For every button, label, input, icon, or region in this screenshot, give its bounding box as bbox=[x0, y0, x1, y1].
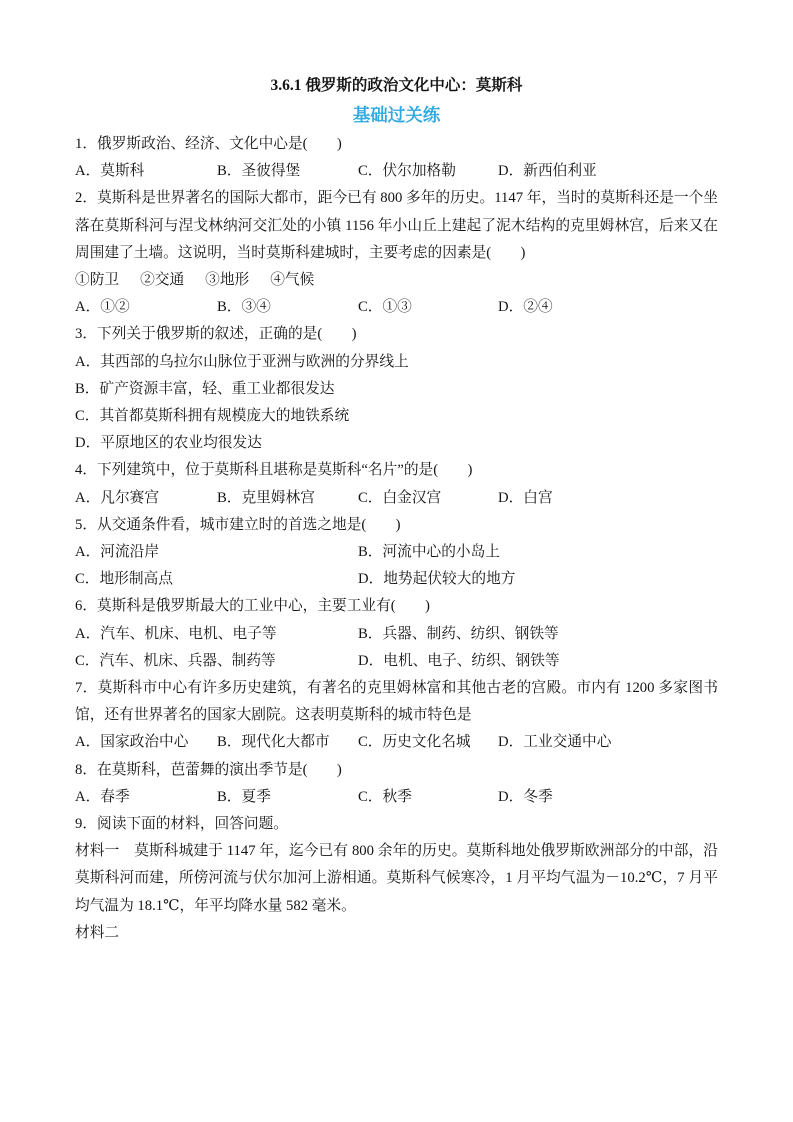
question-5-text: 5．从交通条件看，城市建立时的首选之地是( ) bbox=[75, 512, 718, 539]
question-6-options-row-1: A．汽车、机床、电机、电子等 B．兵器、制药、纺织、钢铁等 bbox=[75, 621, 718, 648]
question-8-option-d: D．冬季 bbox=[498, 784, 718, 811]
question-4-option-a: A．凡尔赛宫 bbox=[75, 485, 217, 512]
section-header: 基础过关练 bbox=[75, 100, 718, 131]
question-2-option-b: B．③④ bbox=[217, 294, 358, 321]
question-8-text: 8．在莫斯科，芭蕾舞的演出季节是( ) bbox=[75, 757, 718, 784]
question-7-option-a: A．国家政治中心 bbox=[75, 729, 217, 756]
question-7-option-c: C．历史文化名城 bbox=[358, 729, 498, 756]
question-1-option-d: D．新西伯利亚 bbox=[498, 158, 718, 185]
question-8-options: A．春季 B．夏季 C．秋季 D．冬季 bbox=[75, 784, 718, 811]
question-4-options: A．凡尔赛宫 B．克里姆林宫 C．白金汉宫 D．白宫 bbox=[75, 485, 718, 512]
question-3-option-d: D．平原地区的农业均很发达 bbox=[75, 430, 718, 457]
question-5-options-row-1: A．河流沿岸 B．河流中心的小岛上 bbox=[75, 539, 718, 566]
question-2-option-c: C．①③ bbox=[358, 294, 498, 321]
question-7-text: 7．莫斯科市中心有许多历史建筑，有著名的克里姆林富和其他古老的宫殿。市内有 12… bbox=[75, 675, 718, 729]
question-6-option-d: D．电机、电子、纺织、钢铁等 bbox=[358, 648, 718, 675]
question-2-item-4: ④气候 bbox=[270, 267, 314, 294]
question-2-items: ①防卫 ②交通 ③地形 ④气候 bbox=[75, 267, 718, 294]
question-1-option-b: B．圣彼得堡 bbox=[217, 158, 358, 185]
question-8-option-a: A．春季 bbox=[75, 784, 217, 811]
question-2-item-3: ③地形 bbox=[205, 267, 249, 294]
question-3-option-c: C．其首都莫斯科拥有规模庞大的地铁系统 bbox=[75, 403, 718, 430]
question-8-option-b: B．夏季 bbox=[217, 784, 358, 811]
question-2-item-1: ①防卫 bbox=[75, 267, 119, 294]
question-8-option-c: C．秋季 bbox=[358, 784, 498, 811]
question-1-option-c: C．伏尔加格勒 bbox=[358, 158, 498, 185]
question-3-option-b: B．矿产资源丰富，轻、重工业都很发达 bbox=[75, 376, 718, 403]
question-3-text: 3．下列关于俄罗斯的叙述，正确的是( ) bbox=[75, 321, 718, 348]
question-2-option-a: A．①② bbox=[75, 294, 217, 321]
question-2-item-2: ②交通 bbox=[140, 267, 184, 294]
question-1-text: 1．俄罗斯政治、经济、文化中心是( ) bbox=[75, 131, 718, 158]
question-4-option-d: D．白宫 bbox=[498, 485, 718, 512]
question-9-material-2: 材料二 bbox=[75, 920, 718, 947]
question-6-option-a: A．汽车、机床、电机、电子等 bbox=[75, 621, 358, 648]
question-6-option-b: B．兵器、制药、纺织、钢铁等 bbox=[358, 621, 718, 648]
question-2-option-d: D．②④ bbox=[498, 294, 718, 321]
question-5-option-a: A．河流沿岸 bbox=[75, 539, 358, 566]
question-4-text: 4．下列建筑中，位于莫斯科且堪称是莫斯科“名片”的是( ) bbox=[75, 457, 718, 484]
question-6-options-row-2: C．汽车、机床、兵器、制药等 D．电机、电子、纺织、钢铁等 bbox=[75, 648, 718, 675]
question-7-options: A．国家政治中心 B．现代化大都市 C．历史文化名城 D．工业交通中心 bbox=[75, 729, 718, 756]
page-title: 3.6.1 俄罗斯的政治文化中心：莫斯科 bbox=[75, 72, 718, 100]
question-2-text: 2．莫斯科是世界著名的国际大都市，距今已有 800 多年的历史。1147 年，当… bbox=[75, 185, 718, 267]
question-7-option-b: B．现代化大都市 bbox=[217, 729, 358, 756]
question-4-option-c: C．白金汉宫 bbox=[358, 485, 498, 512]
question-6-text: 6．莫斯科是俄罗斯最大的工业中心，主要工业有( ) bbox=[75, 593, 718, 620]
question-3-option-a: A．其西部的乌拉尔山脉位于亚洲与欧洲的分界线上 bbox=[75, 349, 718, 376]
question-9-material-1: 材料一 莫斯科城建于 1147 年，迄今已有 800 余年的历史。莫斯科地处俄罗… bbox=[75, 838, 718, 920]
question-1-options: A．莫斯科 B．圣彼得堡 C．伏尔加格勒 D．新西伯利亚 bbox=[75, 158, 718, 185]
document-page: 3.6.1 俄罗斯的政治文化中心：莫斯科 基础过关练 1．俄罗斯政治、经济、文化… bbox=[0, 0, 793, 1122]
question-1-option-a: A．莫斯科 bbox=[75, 158, 217, 185]
question-5-option-b: B．河流中心的小岛上 bbox=[358, 539, 718, 566]
question-4-option-b: B．克里姆林宫 bbox=[217, 485, 358, 512]
question-5-options-row-2: C．地形制高点 D．地势起伏较大的地方 bbox=[75, 566, 718, 593]
document-body: 1．俄罗斯政治、经济、文化中心是( ) A．莫斯科 B．圣彼得堡 C．伏尔加格勒… bbox=[75, 131, 718, 947]
question-9-text: 9．阅读下面的材料，回答问题。 bbox=[75, 811, 718, 838]
question-5-option-c: C．地形制高点 bbox=[75, 566, 358, 593]
question-5-option-d: D．地势起伏较大的地方 bbox=[358, 566, 718, 593]
question-7-option-d: D．工业交通中心 bbox=[498, 729, 718, 756]
question-6-option-c: C．汽车、机床、兵器、制药等 bbox=[75, 648, 358, 675]
question-2-options: A．①② B．③④ C．①③ D．②④ bbox=[75, 294, 718, 321]
